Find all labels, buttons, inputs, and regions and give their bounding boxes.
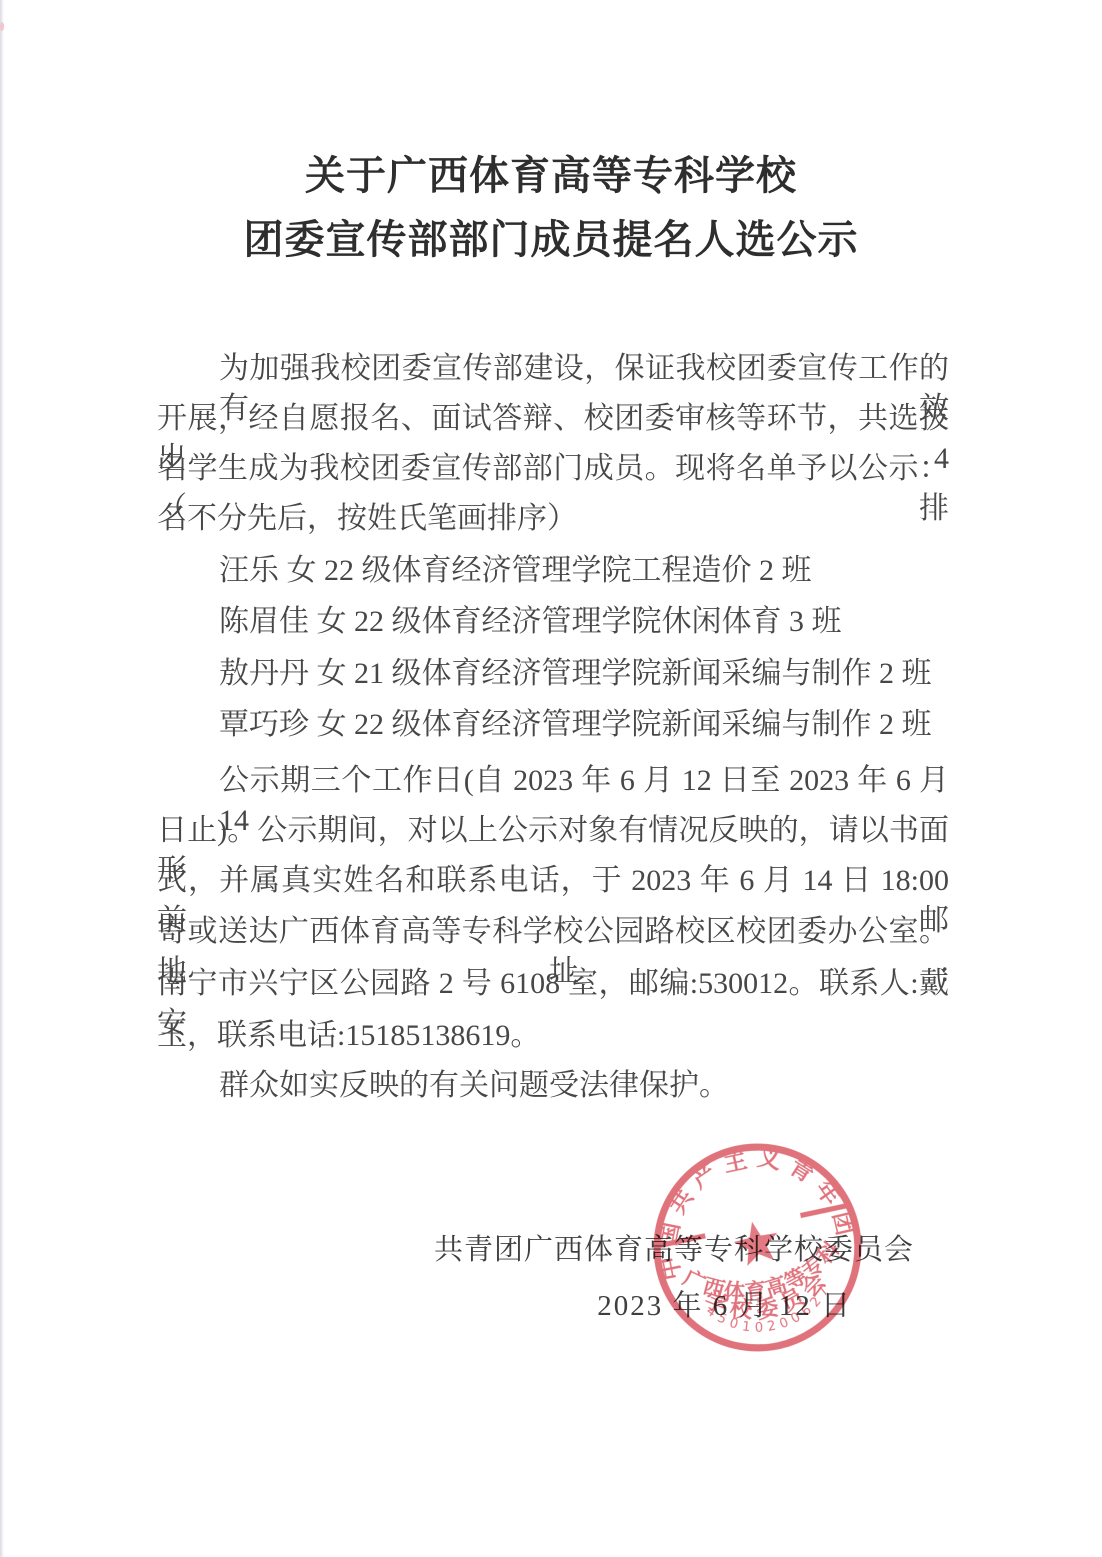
nominee-line: 汪乐 女 22 级体育经济管理学院工程造价 2 班	[157, 551, 949, 591]
body-line: 名不分先后，按姓氏笔画排序）	[157, 499, 949, 539]
nominee-line: 覃巧珍 女 22 级体育经济管理学院新闻采编与制作 2 班	[157, 705, 949, 745]
nominee-line: 敖丹丹 女 21 级体育经济管理学院新闻采编与制作 2 班	[157, 654, 949, 694]
body-line: 玉，联系电话:15185138619。	[157, 1016, 949, 1056]
document-title-line1: 关于广西体育高等专科学校	[0, 144, 1102, 201]
body-line: 群众如实反映的有关问题受法律保护。	[157, 1066, 949, 1106]
scan-dot-artifact	[0, 22, 4, 31]
signature-date: 2023 年 6 月 12 日	[597, 1283, 852, 1324]
document-title-line2: 团委宣传部部门成员提名人选公示	[0, 208, 1102, 265]
seal-right-bar	[800, 1205, 848, 1215]
signature-organization: 共青团广西体育高等专科学校委员会	[434, 1227, 914, 1268]
nominee-line: 陈眉佳 女 22 级体育经济管理学院休闲体育 3 班	[157, 602, 949, 642]
document-page: 关于广西体育高等专科学校 团委宣传部部门成员提名人选公示 为加强我校团委宣传部建…	[0, 0, 1102, 1557]
